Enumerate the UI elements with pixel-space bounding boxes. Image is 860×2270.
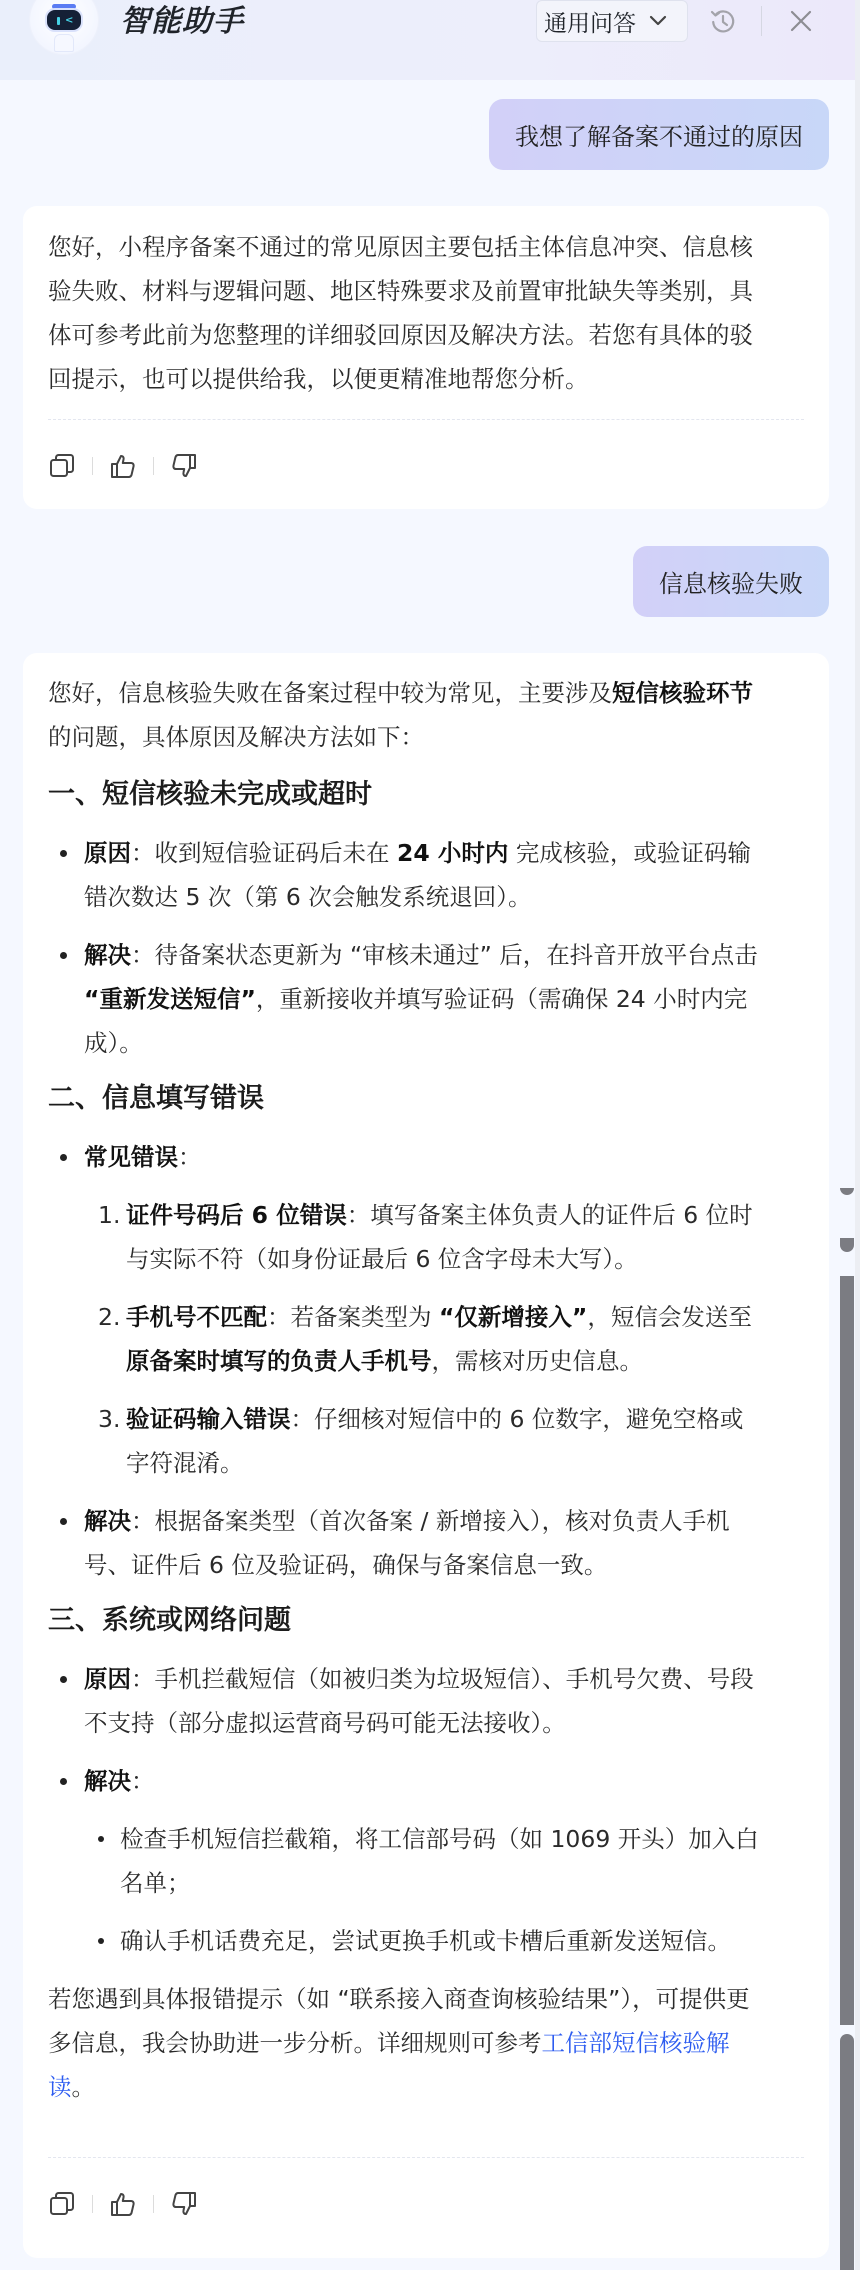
- mode-dropdown[interactable]: 通用问答: [536, 0, 688, 42]
- user-message: 信息核验失败: [633, 546, 829, 617]
- history-button[interactable]: [708, 6, 738, 36]
- thumbs-up-icon: [110, 2191, 136, 2217]
- section-heading: 三、系统或网络问题: [48, 1599, 804, 1643]
- scrollbar-thumb[interactable]: [840, 1276, 854, 2025]
- copy-button[interactable]: [48, 2190, 76, 2218]
- copy-button[interactable]: [48, 452, 76, 480]
- thumbs-down-icon: [171, 2191, 197, 2217]
- action-separator: [92, 2195, 93, 2213]
- sub-list-item: 确认手机话费充足，尝试更换手机或卡槽后重新发送短信。: [48, 1919, 804, 1963]
- list-item: 原因：手机拦截短信（如被归类为垃圾短信）、手机号欠费、号段 不支持（部分虚拟运营…: [48, 1657, 804, 1745]
- sub-list: 检查手机短信拦截箱，将工信部号码（如 1069 开头）加入白 名单； 确认手机话…: [48, 1817, 804, 1963]
- list-item: 解决： 检查手机短信拦截箱，将工信部号码（如 1069 开头）加入白 名单； 确…: [48, 1759, 804, 1963]
- list-item: 解决：待备案状态更新为 “审核未通过” 后，在抖音开放平台点击 “重新发送短信”…: [48, 933, 804, 1065]
- numbered-list: 1. 证件号码后 6 位错误：填写备案主体负责人的证件后 6 位时 与实际不符（…: [48, 1193, 804, 1485]
- closing-paragraph: 若您遇到具体报错提示（如 “联系接入商查询核验结果”），可提供更 多信息，我会协…: [48, 1977, 804, 2109]
- dislike-button[interactable]: [170, 452, 198, 480]
- action-separator: [153, 457, 154, 475]
- card-divider: [48, 2157, 804, 2158]
- numbered-item: 3. 验证码输入错误：仔细核对短信中的 6 位数字，避免空格或 字符混淆。: [48, 1397, 804, 1485]
- like-button[interactable]: [109, 2190, 137, 2218]
- assistant-avatar: <: [30, 0, 98, 54]
- header-divider: [761, 6, 762, 36]
- section-list: 原因：收到短信验证码后未在 24 小时内 完成核验，或验证码输 错次数达 5 次…: [48, 831, 804, 1065]
- chevron-down-icon: [648, 14, 668, 28]
- sub-list-item: 检查手机短信拦截箱，将工信部号码（如 1069 开头）加入白 名单；: [48, 1817, 804, 1905]
- app-title: 智能助手: [120, 2, 244, 42]
- user-message: 我想了解备案不通过的原因: [489, 99, 829, 170]
- card-divider: [48, 419, 804, 420]
- close-icon: [788, 8, 814, 34]
- scrollbar-artifact: [840, 1238, 854, 1252]
- mode-dropdown-value: 通用问答: [544, 5, 636, 38]
- dislike-button[interactable]: [170, 2190, 198, 2218]
- message-body: 您好，信息核验失败在备案过程中较为常见，主要涉及短信核验环节 的问题，具体原因及…: [48, 653, 804, 2109]
- list-item: 解决：根据备案类型（首次备案 / 新增接入），核对负责人手机 号、证件后 6 位…: [48, 1499, 804, 1587]
- thumbs-down-icon: [171, 453, 197, 479]
- copy-icon: [49, 453, 75, 479]
- thumbs-up-icon: [110, 453, 136, 479]
- scrollbar-artifact: [840, 1188, 854, 1195]
- action-separator: [92, 457, 93, 475]
- numbered-item: 2. 手机号不匹配：若备案类型为 “仅新增接入”，短信会发送至 原备案时填写的负…: [48, 1295, 804, 1383]
- message-actions: [48, 2190, 198, 2218]
- like-button[interactable]: [109, 452, 137, 480]
- assistant-message: 您好，小程序备案不通过的常见原因主要包括主体信息冲突、信息核 验失败、材料与逻辑…: [23, 206, 829, 509]
- history-icon: [709, 7, 737, 35]
- robot-face-icon: <: [45, 8, 83, 32]
- message-body: 您好，小程序备案不通过的常见原因主要包括主体信息冲突、信息核 验失败、材料与逻辑…: [48, 206, 804, 401]
- list-item: 原因：收到短信验证码后未在 24 小时内 完成核验，或验证码输 错次数达 5 次…: [48, 831, 804, 919]
- list-item: 常见错误： 1. 证件号码后 6 位错误：填写备案主体负责人的证件后 6 位时 …: [48, 1135, 804, 1485]
- section-heading: 二、信息填写错误: [48, 1077, 804, 1121]
- close-button[interactable]: [786, 6, 816, 36]
- action-separator: [153, 2195, 154, 2213]
- assistant-message: 您好，信息核验失败在备案过程中较为常见，主要涉及短信核验环节 的问题，具体原因及…: [23, 653, 829, 2258]
- section-heading: 一、短信核验未完成或超时: [48, 773, 804, 817]
- header: < 智能助手 通用问答: [0, 0, 860, 80]
- scrollbar-track[interactable]: [855, 0, 860, 2270]
- scrollbar-thumb-lower[interactable]: [840, 2034, 854, 2270]
- section-list: 常见错误： 1. 证件号码后 6 位错误：填写备案主体负责人的证件后 6 位时 …: [48, 1135, 804, 1587]
- section-list: 原因：手机拦截短信（如被归类为垃圾短信）、手机号欠费、号段 不支持（部分虚拟运营…: [48, 1657, 804, 1963]
- message-actions: [48, 452, 198, 480]
- intro-paragraph: 您好，信息核验失败在备案过程中较为常见，主要涉及短信核验环节 的问题，具体原因及…: [48, 671, 804, 759]
- copy-icon: [49, 2191, 75, 2217]
- numbered-item: 1. 证件号码后 6 位错误：填写备案主体负责人的证件后 6 位时 与实际不符（…: [48, 1193, 804, 1281]
- robot-body: [54, 34, 74, 52]
